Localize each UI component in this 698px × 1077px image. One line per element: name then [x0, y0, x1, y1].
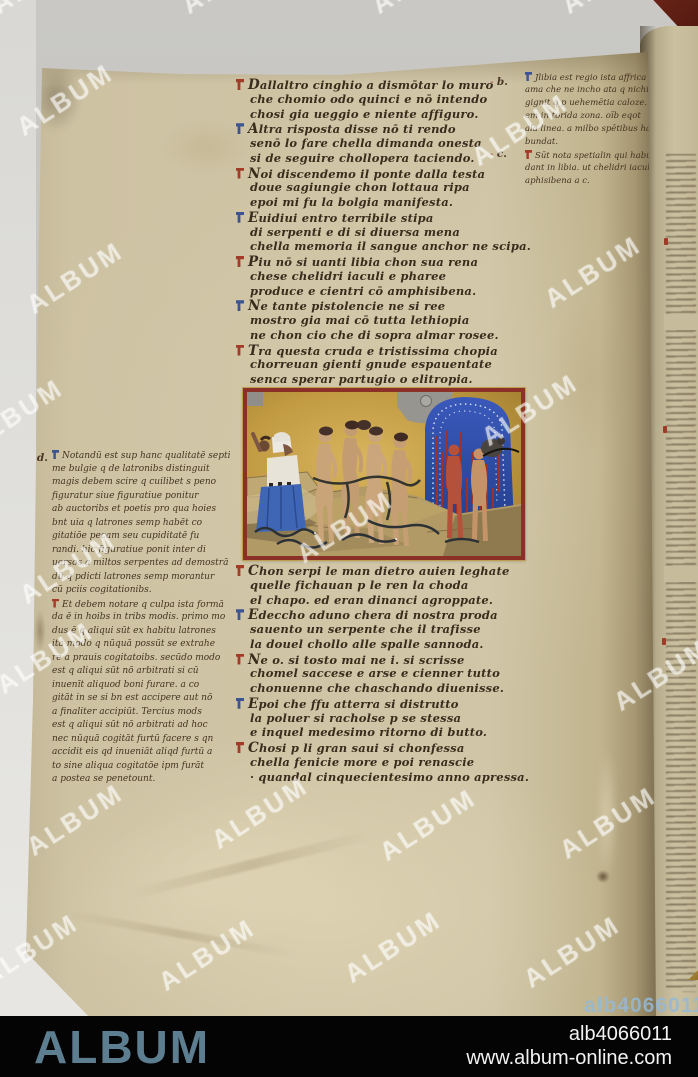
margin-letter-b: ‑ b. — [490, 76, 508, 88]
verse-block-lower: Chon serpi le man dietro auien leghatequ… — [236, 563, 492, 784]
gloss-line: est q aliqui sūt nō arbitrati ad hoc — [52, 720, 244, 734]
initial-letter: E — [248, 607, 259, 623]
verse-line: Edeccho aduno chera di nostra proda — [236, 607, 492, 622]
paraph-mark-blue — [236, 212, 244, 223]
verse-line: chonuenne che chaschando diuenisse. — [236, 681, 492, 696]
gloss-line: ab auctoribs et poetis pro qua hoies — [52, 504, 244, 518]
gloss-line: re a prauis cogitatoibs. secūdo modo — [52, 653, 244, 667]
paraph-mark-red — [236, 345, 244, 356]
tercet: Epoi che ffu atterra si distruttola polu… — [236, 696, 492, 740]
verse-line: che chomio odo quinci e nō intendo — [236, 92, 492, 107]
gloss-line: accidit eis qd inueniāt aliqd furtū a — [52, 747, 244, 761]
gloss-line: dū q pdicti latrones semp morantur — [52, 572, 244, 586]
verse-line: el chapo. ed eran dinanci agroppate. — [236, 593, 492, 608]
gloss-line: gitāt in se si bn est accipere aut nō — [52, 693, 244, 707]
verse-line: chomel saccese e arse e cienner tutto — [236, 666, 492, 681]
paraph-mark-red — [52, 599, 59, 608]
verse-line: epoi mi fu la bolgia manifesta. — [236, 195, 492, 210]
verse-line: Euidiui entro terribile stipa — [236, 210, 492, 225]
tercet: Edeccho aduno chera di nostra prodasauen… — [236, 607, 492, 651]
miniature-art — [247, 392, 521, 556]
paraph-mark-red — [525, 150, 532, 159]
paraph-mark-blue — [52, 450, 59, 459]
initial-letter: C — [248, 563, 259, 579]
manuscript-page: Dallaltro cinghio a dismōtar lo muroche … — [0, 0, 698, 1077]
paraph-mark-red — [236, 79, 244, 90]
verse-line: la poluer si racholse p se stessa — [236, 711, 492, 726]
tercet: Euidiui entro terribile stipadi serpenti… — [236, 210, 492, 254]
gloss-line: a finaliter accipiūt. Tercius mods — [52, 707, 244, 721]
gloss-line: Jlibia est regio ista affrica n — [525, 72, 653, 85]
initial-letter: E — [248, 210, 259, 226]
stock-photo: Dallaltro cinghio a dismōtar lo muroche … — [0, 0, 698, 1077]
stain — [34, 610, 46, 652]
verse-line: la douel chollo alle spalle sannoda. — [236, 637, 492, 652]
paraph-mark-blue — [236, 123, 244, 134]
initial-letter: A — [248, 121, 259, 137]
red-dash: ‑ — [490, 76, 497, 88]
verse-line: ne chon cio che di sopra almar rosee. — [236, 328, 492, 343]
verse-line: Dallaltro cinghio a dismōtar lo muro — [236, 77, 492, 92]
gloss-line: to sine aliqua cogitatōe ipm furāt — [52, 761, 244, 775]
initial-letter: N — [248, 166, 261, 182]
verse-line: Ne tante pistolencie ne si ree — [236, 298, 492, 313]
sheen — [596, 744, 618, 884]
initial-letter: P — [248, 254, 258, 270]
verse-line: chorreuan gienti gnude espauentate — [236, 357, 492, 372]
facing-page-gap — [664, 314, 698, 330]
facing-red-paraph — [662, 638, 666, 645]
image-id-watermark: alb4066011 — [584, 994, 698, 1018]
verse-line: · quandal cinquecientesimo anno apressa. — [236, 770, 492, 785]
tercet: Piu nō si uanti libia chon sua renachese… — [236, 254, 492, 298]
verse-line: e inquel medesimo ritorno di butto. — [236, 725, 492, 740]
verse-line: Chon serpi le man dietro auien leghate — [236, 563, 492, 578]
paraph-mark-blue — [525, 72, 532, 81]
verse-line: Chosi p li gran saui si chonfessa — [236, 740, 492, 755]
gloss-line: gignit q p uehemētia caloze. ē — [525, 98, 653, 111]
facing-page-gap — [664, 566, 698, 582]
initial-letter: C — [248, 740, 259, 756]
verse-line: sauento un serpente che il trafisse — [236, 622, 492, 637]
gloss-line: me bulgie q de latronibs distinguit — [52, 464, 244, 478]
gloss-line: ama che ne incho ata q nichil — [525, 85, 653, 98]
paraph-mark-red — [236, 168, 244, 179]
verse-line: Noi discendemo il ponte dalla testa — [236, 166, 492, 181]
footer-credits: alb4066011 www.album-online.com — [466, 1023, 672, 1070]
initial-letter: E — [248, 696, 259, 712]
gloss-line: inuenīt aliquod boni furare. a co — [52, 680, 244, 694]
red-dash: ‑ — [490, 148, 497, 160]
verse-line: chella fenicie more e poi renascie — [236, 755, 492, 770]
gloss-line: randi. hic figuratiue ponit inter di — [52, 545, 244, 559]
footer-bar: ALBUM alb4066011 www.album-online.com — [0, 1016, 698, 1077]
gloss-line: Notandū est sup hanc qualitatē septi — [52, 450, 244, 464]
verse-line: mostro gia mai cō tutta lethiopia — [236, 313, 492, 328]
initial-letter: N — [248, 298, 261, 314]
gloss-line: cū pciis cogitationibs. — [52, 585, 244, 599]
gloss-line: aphisibena a c. — [525, 176, 653, 189]
verse-block-upper: Dallaltro cinghio a dismōtar lo muroche … — [236, 77, 492, 387]
tercet: Chosi p li gran saui si chonfessachella … — [236, 740, 492, 784]
album-logo: ALBUM — [34, 1020, 210, 1074]
footer-image-id: alb4066011 — [466, 1023, 672, 1047]
gloss-line: ala linea. a milbo spētibus ha — [525, 124, 653, 137]
verse-line: di serpenti e di si diuersa mena — [236, 225, 492, 240]
tercet: Ne tante pistolencie ne si reemostro gia… — [236, 298, 492, 342]
verse-line: chese chelidri iaculi e pharee — [236, 269, 492, 284]
stain — [548, 300, 628, 460]
tercet: Altra risposta disse nō ti rendosenō lo … — [236, 121, 492, 165]
gloss-line: a postea se penetount. — [52, 774, 244, 788]
tercet: Chon serpi le man dietro auien leghatequ… — [236, 563, 492, 607]
verse-line: Ne o. si tosto mai ne i. si scrisse — [236, 652, 492, 667]
tercet: Noi discendemo il ponte dalla testadoue … — [236, 166, 492, 210]
gloss-line: gitatiōe pecam seu cupiditatē fu — [52, 531, 244, 545]
verse-line: si de seguire chollopera taciendo. — [236, 151, 492, 166]
gloss-line: em in torida zona. oīb eqot — [525, 111, 653, 124]
gloss-right: Jlibia est regio ista affrica nama che n… — [525, 72, 653, 189]
verse-line: Epoi che ffu atterra si distrutto — [236, 696, 492, 711]
facing-red-paraph — [664, 238, 668, 245]
verse-line: senō lo fare chella dimanda onesta — [236, 136, 492, 151]
gloss-line: ita modo q nūquā possūt se extrahe — [52, 639, 244, 653]
gloss-line: dus ē q aliqui sūt ex habitu latrones — [52, 626, 244, 640]
gloss-line: figuratur siue figuratiue ponitur — [52, 491, 244, 505]
verse-line: chosi gia ueggio e niente affiguro. — [236, 107, 492, 122]
verse-line: doue sagiungie chon lottaua ripa — [236, 180, 492, 195]
verse-line: quelle fichauan p le ren la choda — [236, 578, 492, 593]
gloss-line: dant in libia. ut chelidri iacul — [525, 163, 653, 176]
book-binding — [0, 0, 698, 60]
paraph-mark-blue — [236, 300, 244, 311]
verse-line: produce e cientri cō amphisibena. — [236, 284, 492, 299]
verse-line: senca sperar partugio o elitropia. — [236, 372, 492, 387]
gloss-line: bnt uia q latrones semp habēt co — [52, 518, 244, 532]
margin-letter-c: ‑ c. — [490, 148, 507, 160]
tercet: Ne o. si tosto mai ne i. si scrissechome… — [236, 652, 492, 696]
footer-website: www.album-online.com — [466, 1047, 672, 1071]
paraph-mark-red — [236, 256, 244, 267]
gloss-line: uersos a miltos serpentes ad demostrā — [52, 558, 244, 572]
stain — [30, 62, 82, 132]
gloss-line: est q aliqui sūt nō arbitrati si cū — [52, 666, 244, 680]
tercet: Dallaltro cinghio a dismōtar lo muroche … — [236, 77, 492, 121]
verse-line: Tra questa cruda e tristissima chopia — [236, 343, 492, 358]
gloss-left: Notandū est sup hanc qualitatē septime b… — [52, 450, 244, 788]
gloss-line: da ē in hoibs in tribs modis. primo mo — [52, 612, 244, 626]
tercet: Tra questa cruda e tristissima chopiacho… — [236, 343, 492, 387]
initial-letter: T — [248, 343, 258, 359]
verse-line: Piu nō si uanti libia chon sua rena — [236, 254, 492, 269]
gloss-line: magis debem scire q cuilibet s peno — [52, 477, 244, 491]
gloss-line: bundat. — [525, 137, 653, 150]
verse-line: Altra risposta disse nō ti rendo — [236, 121, 492, 136]
initial-letter: D — [248, 77, 260, 93]
verse-line: chella memoria il sangue anchor ne scipa… — [236, 239, 492, 254]
gloss-line: Sūt nota spetialin qui habun — [525, 150, 653, 163]
initial-letter: N — [248, 652, 261, 668]
gloss-line: Et debem notare q culpa ista formā — [52, 599, 244, 613]
facing-red-paraph — [663, 426, 667, 433]
miniature-illustration — [243, 388, 525, 560]
gloss-line: nec nūquā cogitāt furtū facere s qn — [52, 734, 244, 748]
